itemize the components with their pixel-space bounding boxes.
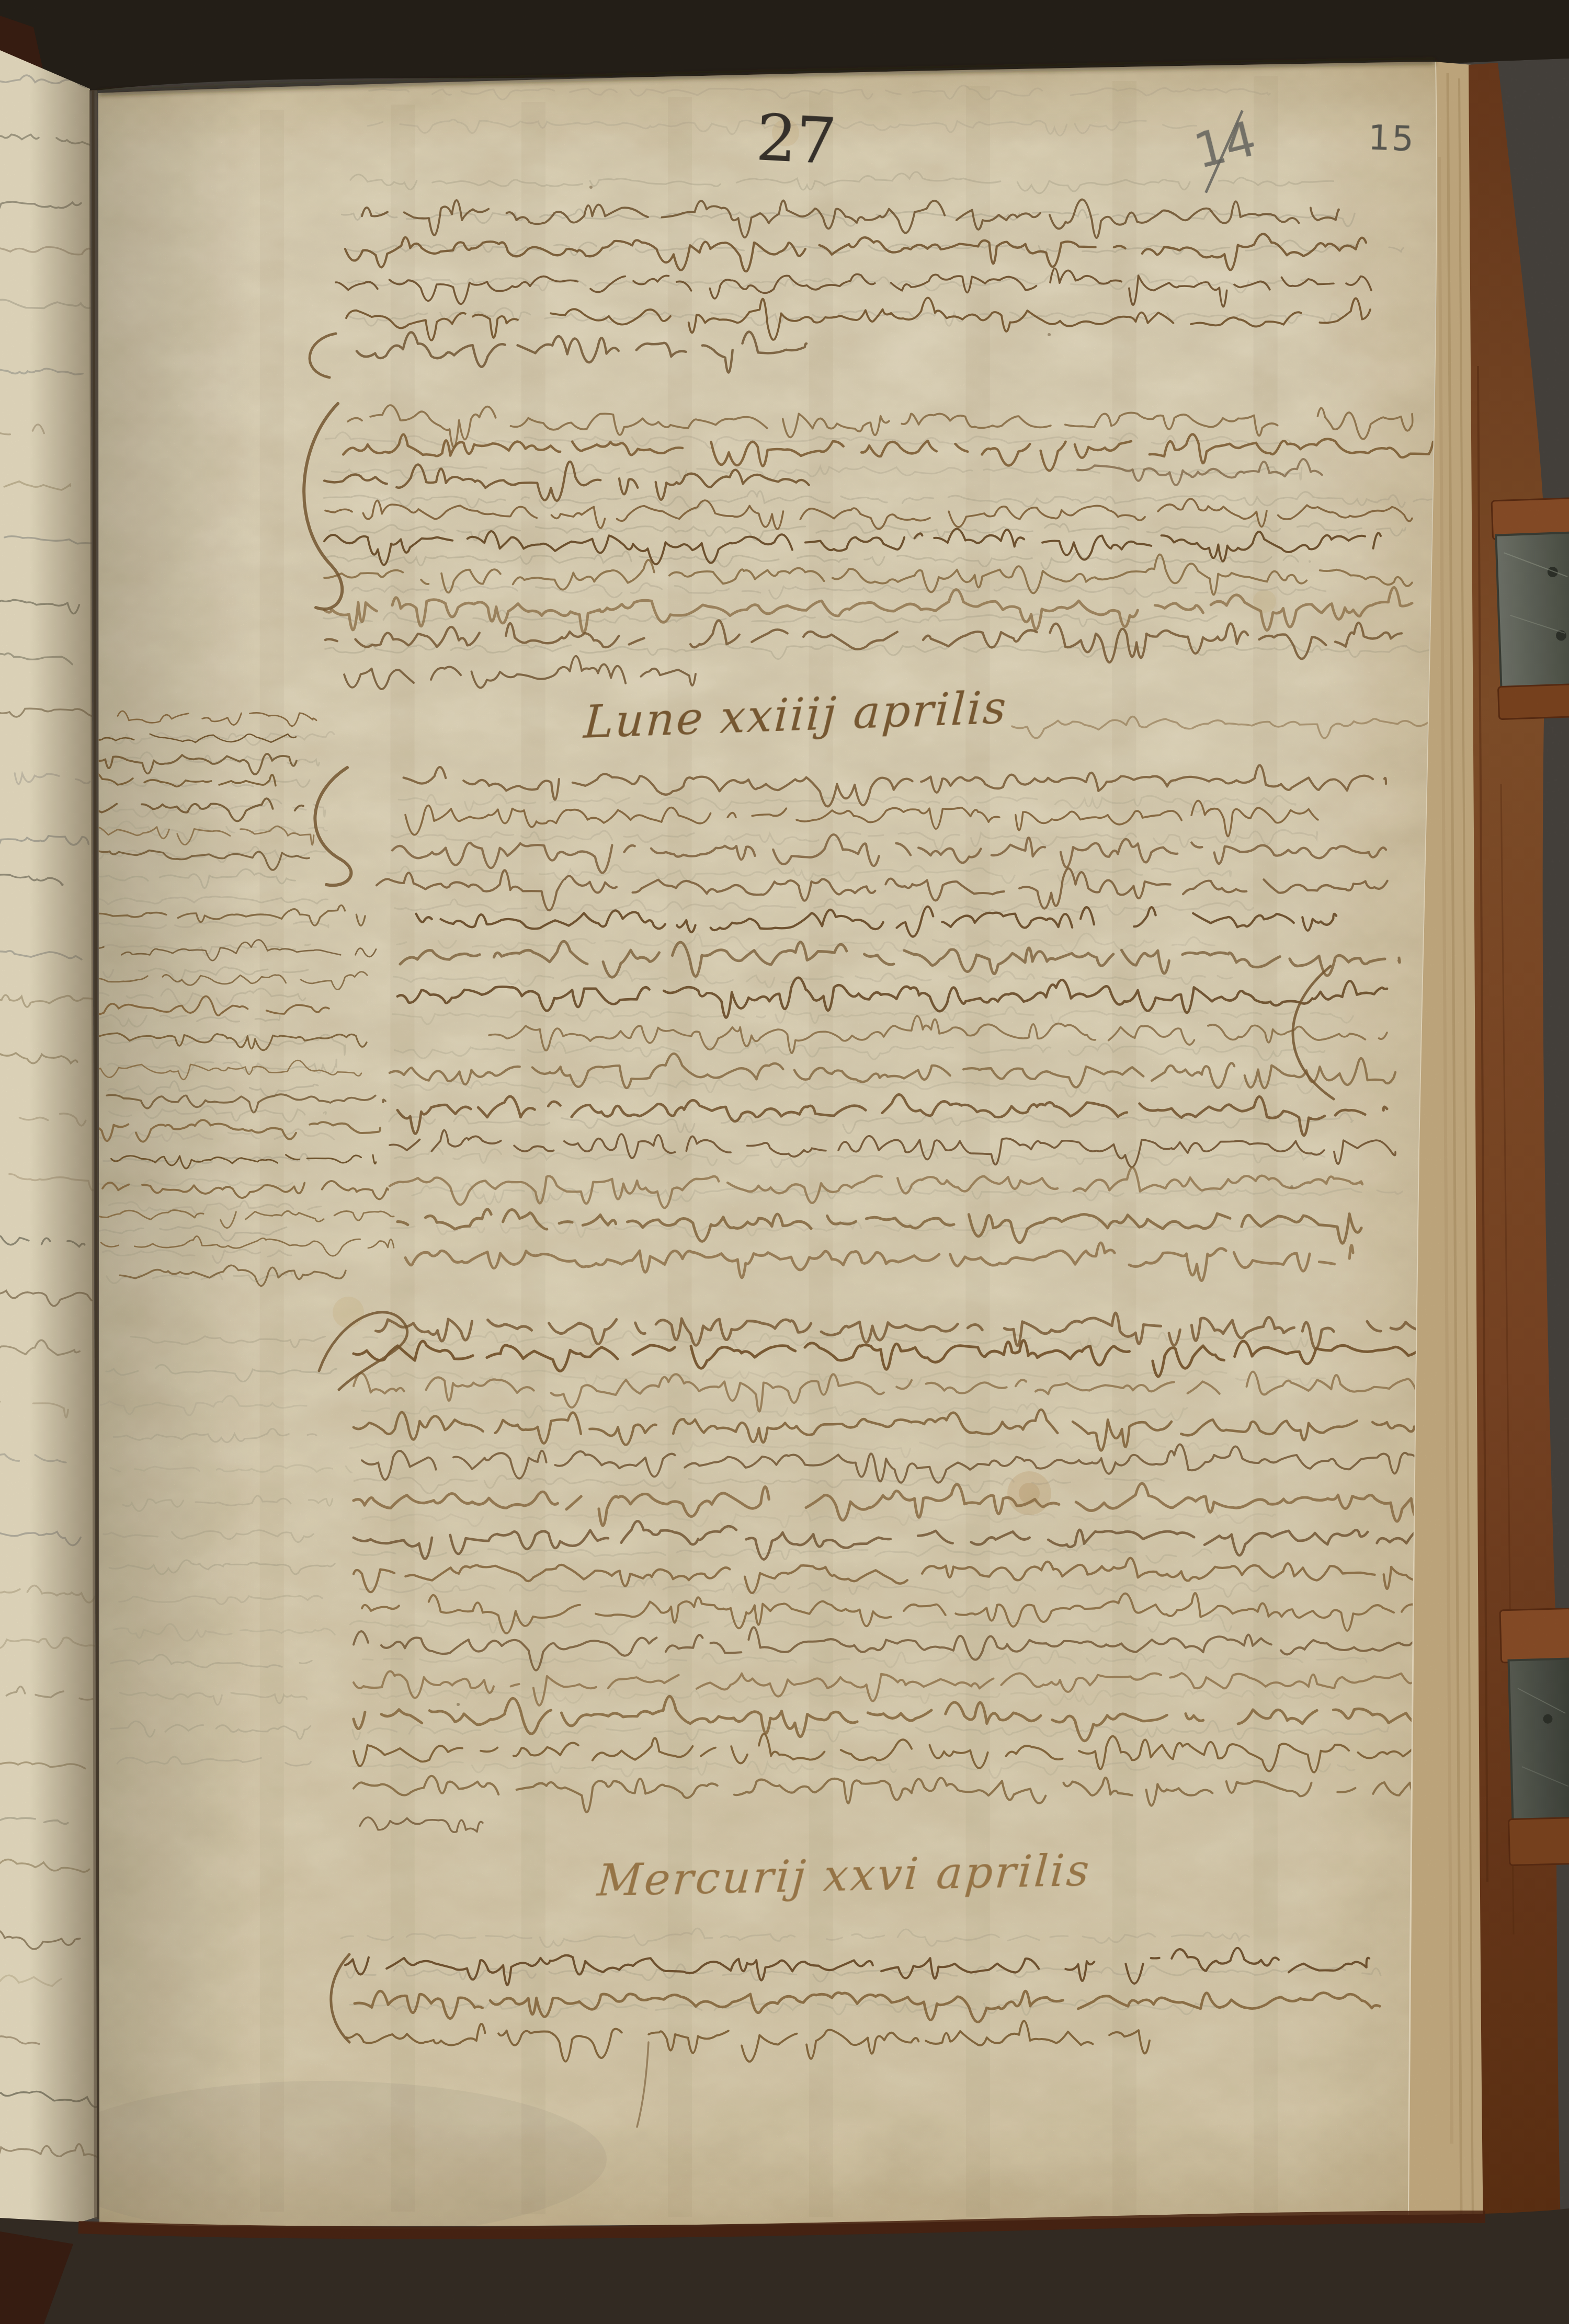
scene [0, 0, 1569, 2324]
manuscript-scan: 27 14 15 Lune xxiiij aprilis Mercurij xx… [0, 0, 1569, 2324]
photo-grain [0, 0, 1569, 2324]
